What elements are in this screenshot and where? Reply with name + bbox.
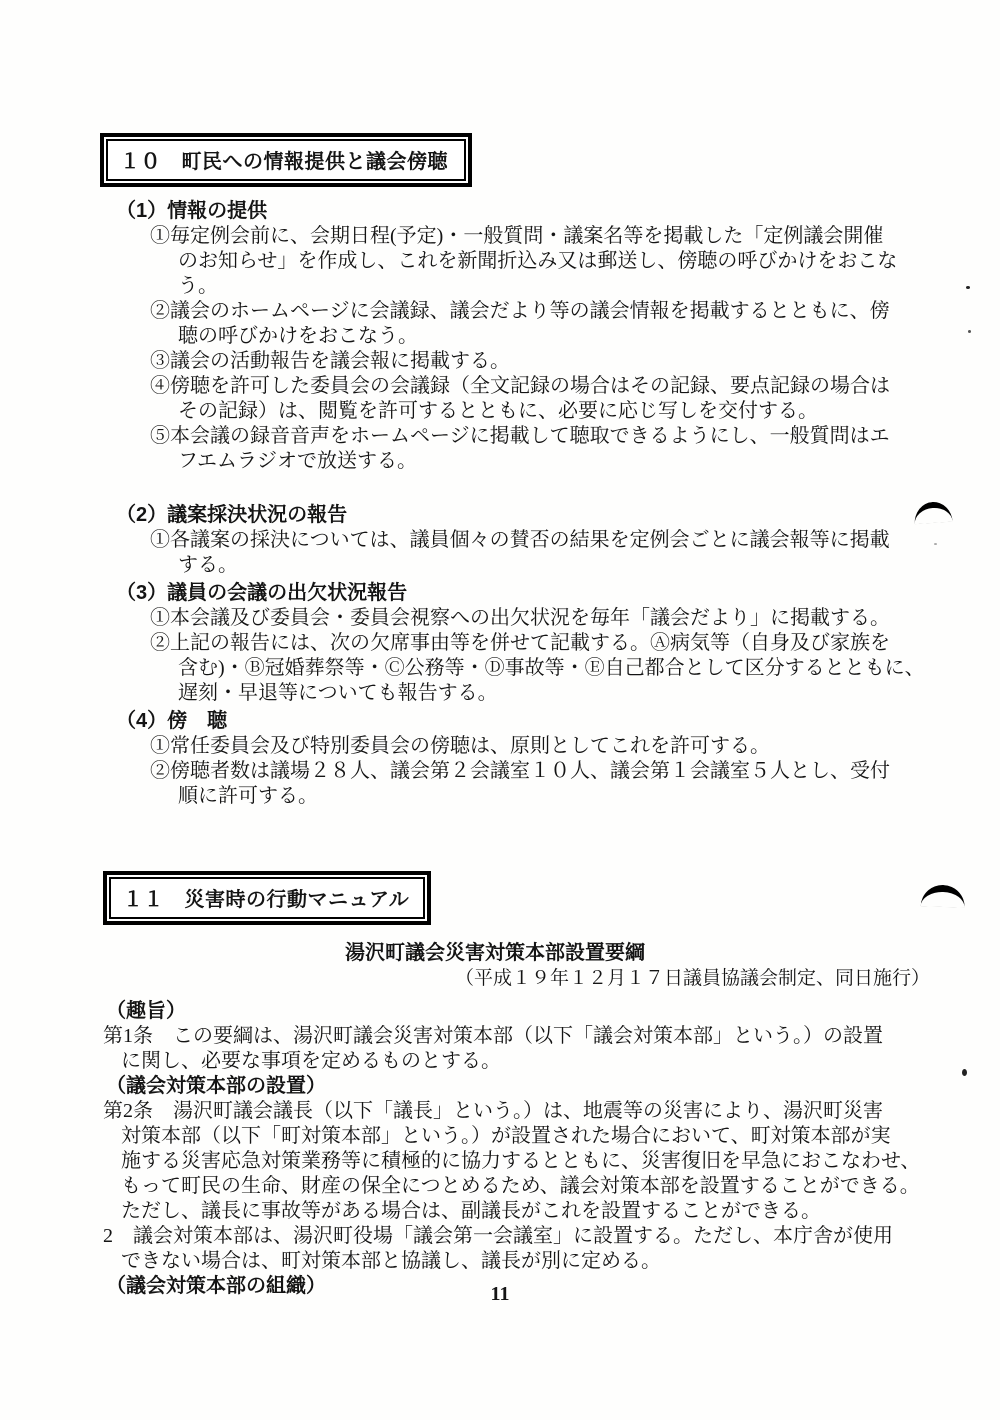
scan-artifact-speck [934,543,937,545]
text-line: のお知らせ」を作成し、これを新聞折込み又は郵送し、傍聴の呼びかけをおこな [178,249,926,274]
article-2: 第2条 湯沢町議会議長（以下「議長」という。）は、地震等の災害により、湯沢町災害… [103,1099,928,1224]
item-1-2: ②議会のホームページに会議録、議会だより等の議会情報を掲載するとともに、傍聴の呼… [116,299,926,349]
doc-subtitle: （平成１９年１２月１７日議員協議会制定、同日施行） [455,966,928,991]
item-1-1: ①毎定例会前に、会期日程(予定)・一般質問・議案名等を掲載した「定例議会開催のお… [116,224,926,299]
text-line: 施する災害応急対策業務等に積極的に協力するとともに、災害復旧を早急におこなわせ、 [121,1149,928,1174]
scan-artifact-speck [966,286,970,289]
text-line: その記録）は、閲覧を許可するとともに、必要に応じ写しを交付する。 [178,399,926,424]
text-line: もって町民の生命、財産の保全につとめるため、議会対策本部を設置することができる。 [121,1174,928,1199]
scan-artifact-speck [968,330,971,333]
label-purpose: （趣旨） [106,999,928,1024]
text-line: 対策本部（以下「町対策本部」という。）が設置された場合において、町対策本部が実 [121,1124,928,1149]
heading-3-attendance-report: （3）議員の会議の出欠状況報告 [116,581,926,606]
item-3-2: ②上記の報告には、次の欠席事由等を併せて記載する。Ⓐ病気等（自身及び家族を含む)… [116,631,926,706]
text-line: ②議会のホームページに会議録、議会だより等の議会情報を掲載するとともに、傍 [150,299,926,324]
text-line: ただし、議長に事故等がある場合は、副議長がこれを設置することができる。 [121,1199,928,1224]
text-line: 第1条 この要綱は、湯沢町議会災害対策本部（以下「議会対策本部」という。）の設置 [103,1024,928,1049]
item-1-5: ⑤本会議の録音音声をホームページに掲載して聴取できるようにし、一般質問はエフエム… [116,424,926,474]
text-line: ①毎定例会前に、会期日程(予定)・一般質問・議案名等を掲載した「定例議会開催 [150,224,926,249]
text-line: 遅刻・早退等についても報告する。 [178,681,926,706]
text-line: 第2条 湯沢町議会議長（以下「議長」という。）は、地震等の災害により、湯沢町災害 [103,1099,928,1124]
item-4-1: ①常任委員会及び特別委員会の傍聴は、原則としてこれを許可する。 [116,734,926,759]
heading-1-info-provision: （1）情報の提供 [116,199,926,224]
scan-artifact-arc [921,884,966,908]
text-line: ⑤本会議の録音音声をホームページに掲載して聴取できるようにし、一般質問はエ [150,424,926,449]
article-1: 第1条 この要綱は、湯沢町議会災害対策本部（以下「議会対策本部」という。）の設置… [103,1024,928,1074]
text-line: ②傍聴者数は議場２８人、議会第２会議室１０人、議会第１会議室５人とし、受付 [150,759,926,784]
text-line: できない場合は、町対策本部と協議し、議長が別に定める。 [121,1249,928,1274]
document-page: １０ 町民への情報提供と議会傍聴 （1）情報の提供①毎定例会前に、会期日程(予定… [0,0,1000,1420]
text-line: ①本会議及び委員会・委員会視察への出欠状況を毎年「議会だより」に掲載する。 [150,606,926,631]
page-number: 11 [0,1283,1000,1306]
article-2-para-2: 2 議会対策本部は、湯沢町役場「議会第一会議室」に設置する。ただし、本庁舎が使用… [103,1224,928,1274]
section-11-header-box: １１ 災害時の行動マニュアル [103,871,431,925]
text-line: ①常任委員会及び特別委員会の傍聴は、原則としてこれを許可する。 [150,734,926,759]
section-11-body: 湯沢町議会災害対策本部設置要綱（平成１９年１２月１７日議員協議会制定、同日施行）… [103,941,928,1299]
item-3-1: ①本会議及び委員会・委員会視察への出欠状況を毎年「議会だより」に掲載する。 [116,606,926,631]
label-hq-establishment: （議会対策本部の設置） [106,1074,928,1099]
text-line: ③議会の活動報告を議会報に掲載する。 [150,349,926,374]
text-line: ①各議案の採決については、議員個々の賛否の結果を定例会ごとに議会報等に掲載 [150,528,926,553]
text-line: 順に許可する。 [178,784,926,809]
heading-2-vote-report: （2）議案採決状況の報告 [116,503,926,528]
text-line: に関し、必要な事項を定めるものとする。 [121,1049,928,1074]
text-line: 2 議会対策本部は、湯沢町役場「議会第一会議室」に設置する。ただし、本庁舎が使用 [103,1224,928,1249]
scan-artifact-speck [962,1069,967,1076]
item-1-4: ④傍聴を許可した委員会の会議録（全文記録の場合はその記録、要点記録の場合はその記… [116,374,926,424]
item-2-1: ①各議案の採決については、議員個々の賛否の結果を定例会ごとに議会報等に掲載する。 [116,528,926,578]
text-line: う。 [178,274,926,299]
text-line: ②上記の報告には、次の欠席事由等を併せて記載する。Ⓐ病気等（自身及び家族を [150,631,926,656]
doc-title: 湯沢町議会災害対策本部設置要綱 [345,941,928,966]
section-10-header-box: １０ 町民への情報提供と議会傍聴 [100,133,472,187]
item-1-3: ③議会の活動報告を議会報に掲載する。 [116,349,926,374]
text-line: 聴の呼びかけをおこなう。 [178,324,926,349]
section-11-title: １１ 災害時の行動マニュアル [109,877,425,919]
text-line: 含む)・Ⓑ冠婚葬祭等・Ⓒ公務等・Ⓓ事故等・Ⓔ自己都合として区分するとともに、 [178,656,926,681]
text-line: ④傍聴を許可した委員会の会議録（全文記録の場合はその記録、要点記録の場合は [150,374,926,399]
text-line: フエムラジオで放送する。 [178,449,926,474]
section-10-title: １０ 町民への情報提供と議会傍聴 [106,139,466,181]
section-10-body: （1）情報の提供①毎定例会前に、会期日程(予定)・一般質問・議案名等を掲載した「… [116,199,926,809]
item-4-2: ②傍聴者数は議場２８人、議会第２会議室１０人、議会第１会議室５人とし、受付順に許… [116,759,926,809]
heading-4-observation: （4）傍 聴 [116,709,926,734]
text-line: する。 [178,553,926,578]
